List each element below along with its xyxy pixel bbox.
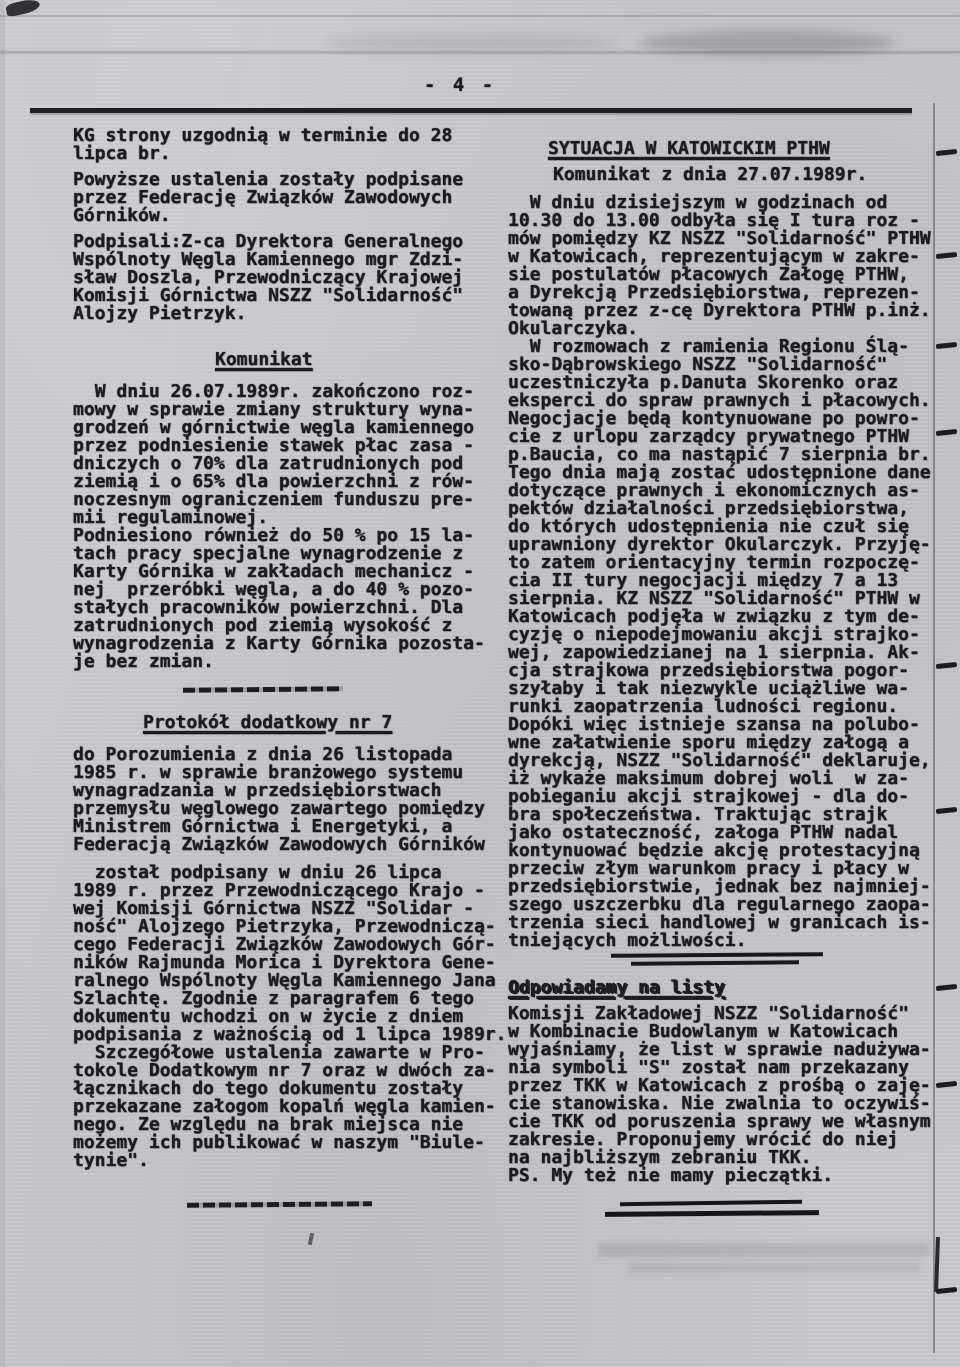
left-column: KG strony uzgodnią w terminie do 28 lipc… — [73, 127, 521, 1206]
section-heading: Protokół dodatkowy nr 7 — [143, 714, 521, 732]
scan-smudge-top-middle — [325, 34, 615, 52]
stray-mark — [308, 1233, 314, 1246]
paragraph: Komisji Zakładowej NSZZ "Solidarność" w … — [508, 1005, 960, 1185]
paragraph: KG strony uzgodnią w terminie do 28 lipc… — [73, 127, 521, 163]
margin-ink-segment — [934, 1237, 940, 1292]
separator — [508, 1201, 960, 1219]
section-subheading: Komunikat z dnia 27.07.1989r. — [553, 166, 960, 184]
ghost-text-smudge — [598, 1243, 930, 1257]
scan-streak-top — [0, 15, 960, 17]
margin-pen-dash — [936, 1287, 957, 1294]
paragraph: W dniu 26.07.1989r. zakończono roz- mowy… — [73, 383, 521, 671]
paragraph: W dniu dzisiejszym w godzinach od 10.30 … — [508, 194, 960, 950]
paragraph: Podpisali:Z-ca Dyrektora Generalnego Wsp… — [73, 233, 521, 323]
scan-smudge-top-right — [640, 30, 895, 56]
section-heading: SYTUACJA W KATOWICKIM PTHW — [548, 140, 960, 158]
scanned-page: - 4 - KG strony uzgodnią w terminie do 2… — [0, 0, 960, 1367]
page-edge-shadow — [0, 0, 5, 1367]
right-column: SYTUACJA W KATOWICKIM PTHWKomunikat z dn… — [508, 140, 960, 1219]
separator — [183, 686, 343, 692]
ghost-text-smudge — [628, 1263, 920, 1273]
paragraph: został podpisany w dniu 26 lipca 1989 r.… — [73, 864, 521, 1170]
ink-blot-top-left — [5, 0, 41, 17]
section-heading: Odpowiadamy na listy — [508, 979, 960, 997]
paragraph: Powyższe ustalenia zostały podpisane prz… — [73, 171, 521, 225]
separator — [508, 953, 960, 966]
header-rule — [30, 108, 912, 113]
separator — [187, 1201, 372, 1207]
section-heading: Komunikat — [215, 351, 521, 369]
paragraph: do Porozumienia z dnia 26 listopada 1985… — [73, 746, 521, 854]
scan-streak-upper — [0, 51, 960, 54]
page-number: - 4 - — [424, 74, 496, 96]
